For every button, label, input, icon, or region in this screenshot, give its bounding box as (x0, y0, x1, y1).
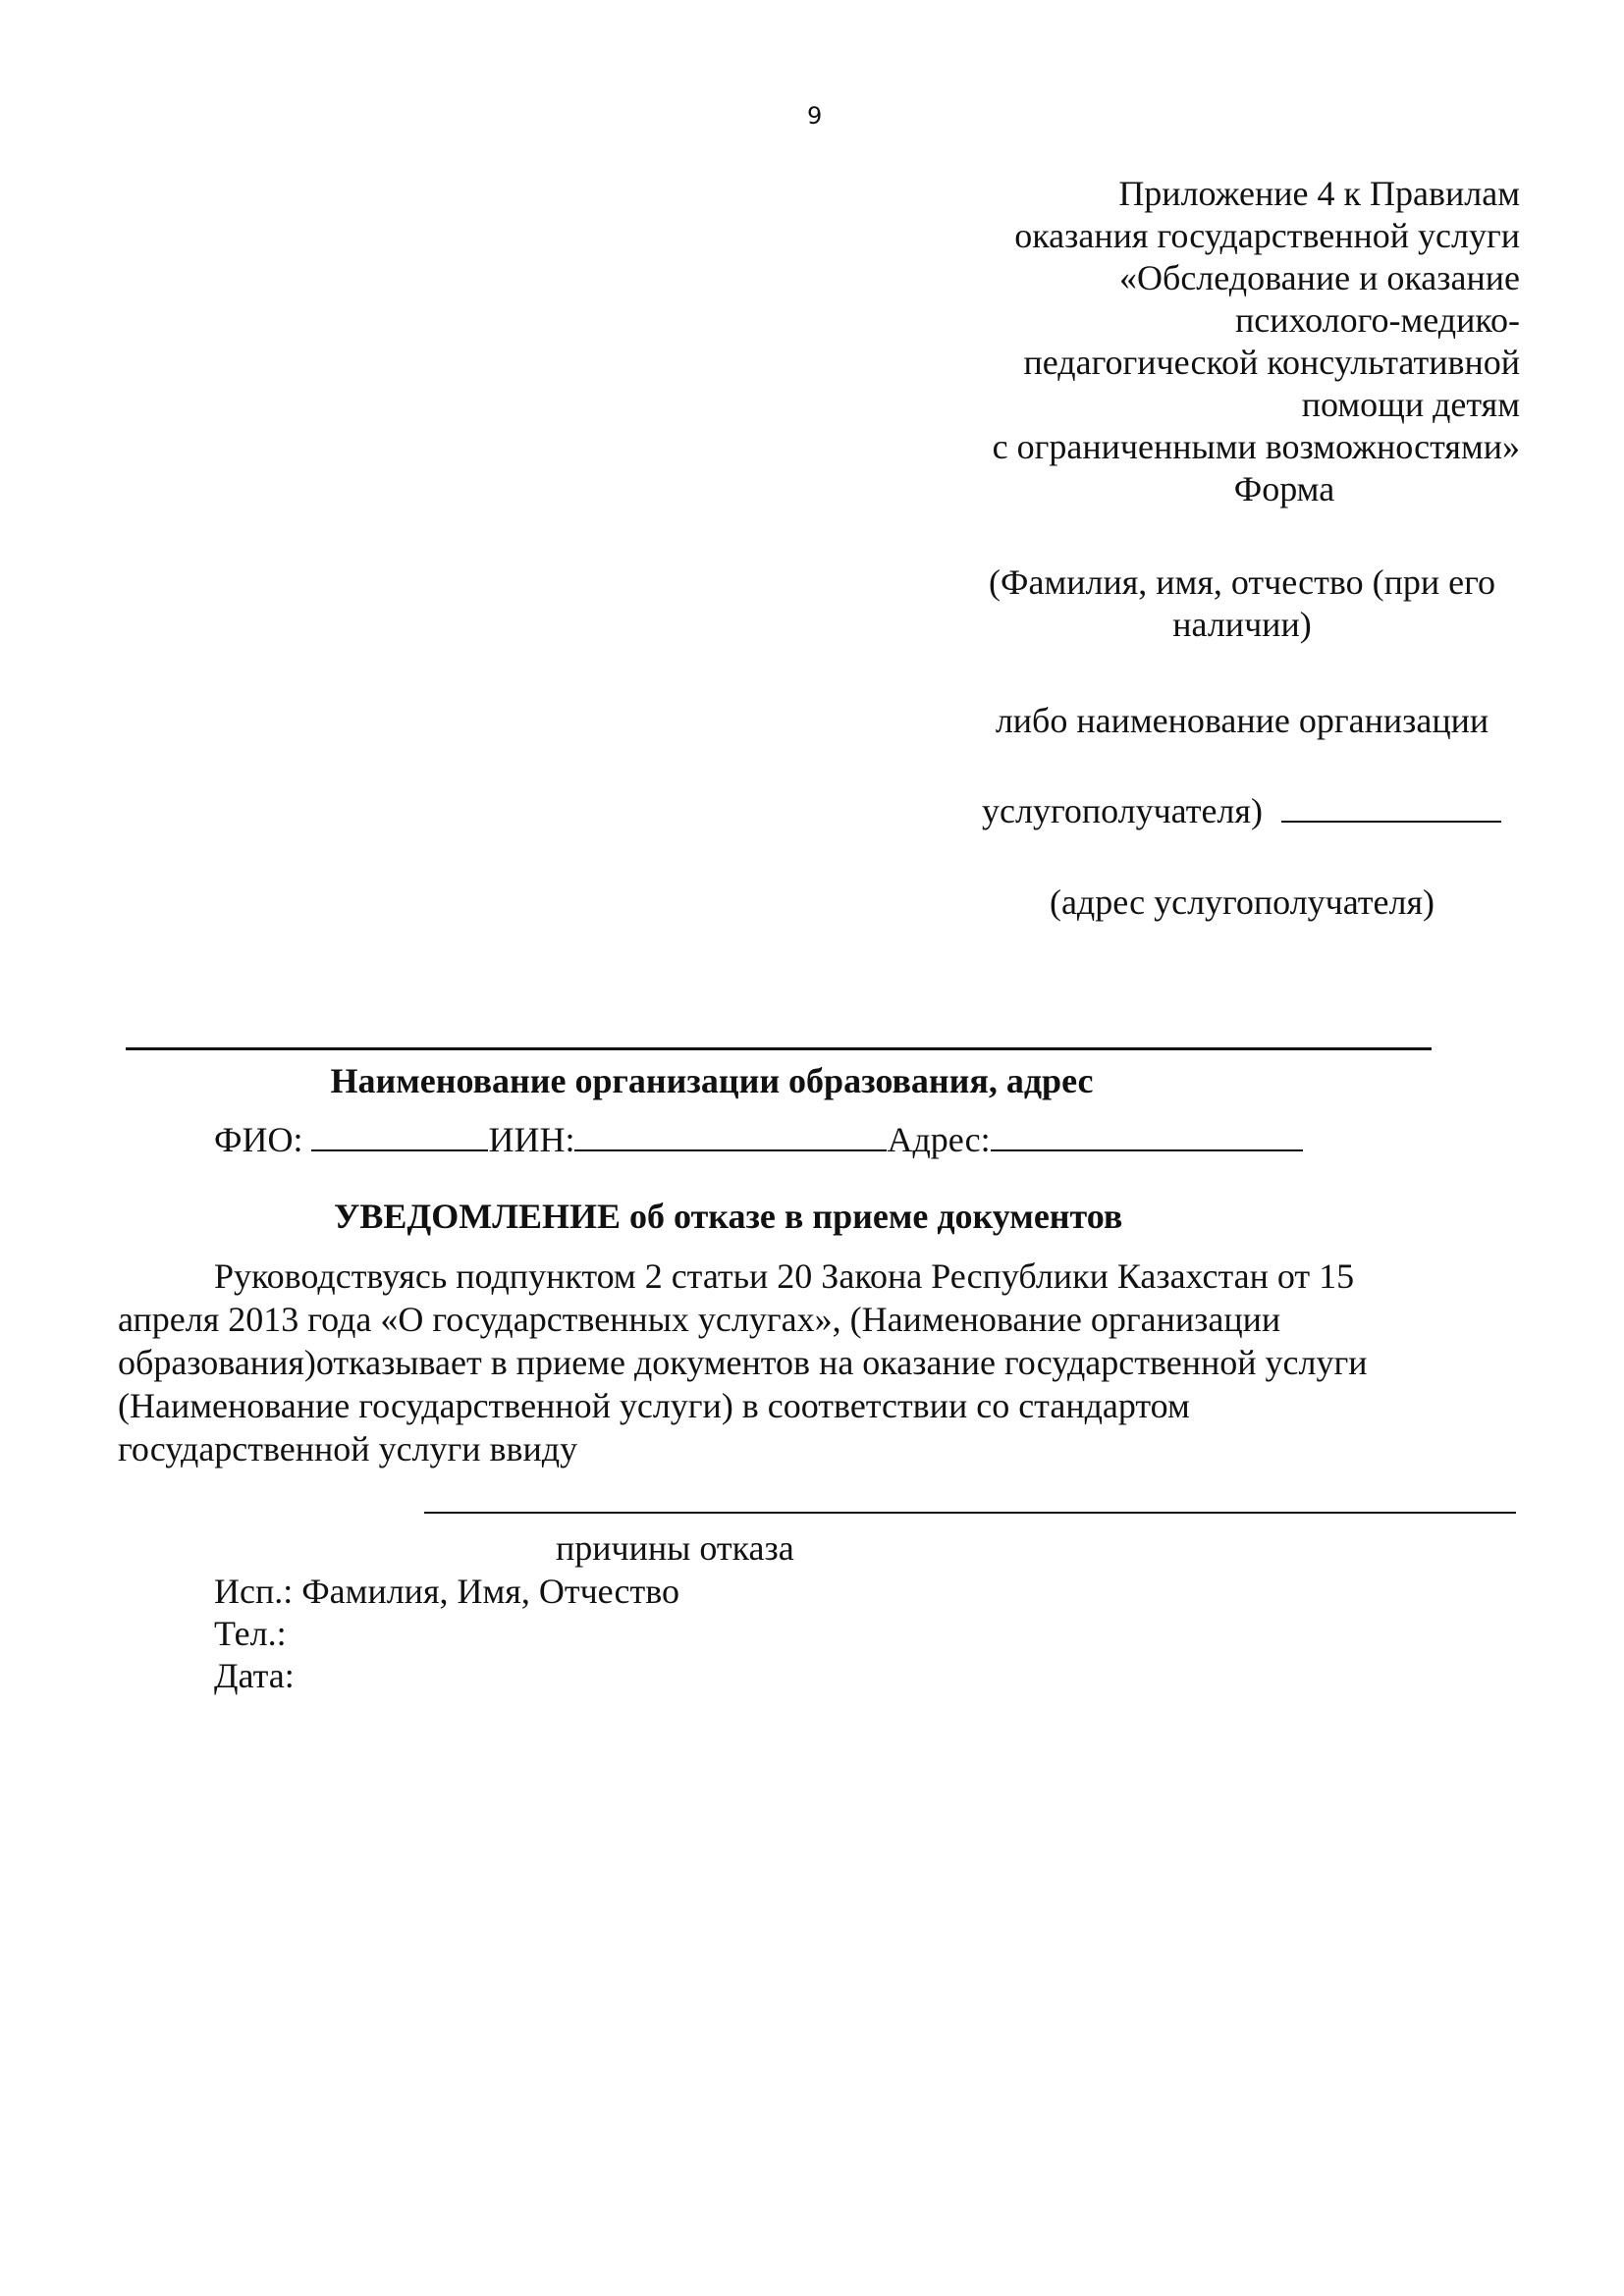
page-number: 9 (807, 102, 822, 130)
appendix-line: Приложение 4 к Правилам (911, 173, 1520, 215)
form-label: Форма (911, 468, 1520, 510)
org-heading: Наименование организации образования, ад… (98, 1060, 1424, 1102)
recipient-name-block: (Фамилия, имя, отчество (при его наличии… (962, 561, 1522, 646)
recipient-address-label: (адрес услугополучателя) (962, 881, 1522, 924)
recipient-blank[interactable] (1281, 791, 1501, 823)
body-line: апреля 2013 года «О государственных услу… (118, 1298, 1532, 1341)
notice-body: Руководствуясь подпунктом 2 статьи 20 За… (118, 1255, 1532, 1470)
notice-title-rest: об отказе в приеме документов (621, 1197, 1122, 1236)
body-line: государственной услуги ввиду (118, 1427, 1532, 1470)
fio-label: ФИО: (214, 1120, 302, 1159)
appendix-line: оказания государственной услуги (911, 215, 1520, 257)
executor-line: Исп.: Фамилия, Имя, Отчество (214, 1571, 679, 1613)
appendix-line: педагогической консультативной (911, 342, 1520, 384)
address-label: Адрес: (887, 1120, 990, 1159)
iin-blank[interactable] (574, 1120, 887, 1151)
recipient-field: услугополучателя) (982, 790, 1542, 832)
appendix-line: с ограниченными возможностями» (911, 426, 1520, 468)
body-line: образования)отказывает в приеме документ… (118, 1341, 1532, 1384)
body-line: (Наименование государственной услуги) в … (118, 1384, 1532, 1427)
signature-block: Исп.: Фамилия, Имя, Отчество Тел.: Дата: (214, 1571, 679, 1697)
recipient-org-line: либо наименование организации (962, 700, 1522, 742)
phone-line: Тел.: (214, 1613, 679, 1655)
body-line: Руководствуясь подпунктом 2 статьи 20 За… (118, 1255, 1532, 1298)
iin-label: ИИН: (488, 1120, 574, 1159)
notice-title: УВЕДОМЛЕНИЕ об отказе в приеме документо… (334, 1196, 1122, 1238)
recipient-label: услугополучателя) (982, 791, 1263, 830)
notice-title-bold: УВЕДОМЛЕНИЕ (334, 1197, 621, 1236)
recipient-name-line: (Фамилия, имя, отчество (при его (962, 561, 1522, 604)
address-blank[interactable] (991, 1120, 1303, 1151)
appendix-line: помощи детям (911, 384, 1520, 426)
applicant-fields: ФИО: ИИН:Адрес: (214, 1119, 1303, 1161)
reason-label: причины отказа (556, 1527, 794, 1570)
date-line: Дата: (214, 1655, 679, 1697)
reason-blank[interactable] (424, 1512, 1516, 1514)
fio-blank[interactable] (311, 1120, 488, 1151)
recipient-name-line: наличии) (962, 604, 1522, 646)
appendix-line: «Обследование и оказание (911, 257, 1520, 299)
appendix-header: Приложение 4 к Правилам оказания государ… (911, 173, 1520, 510)
appendix-line: психолого-медико- (911, 299, 1520, 342)
divider-line (126, 1047, 1432, 1050)
